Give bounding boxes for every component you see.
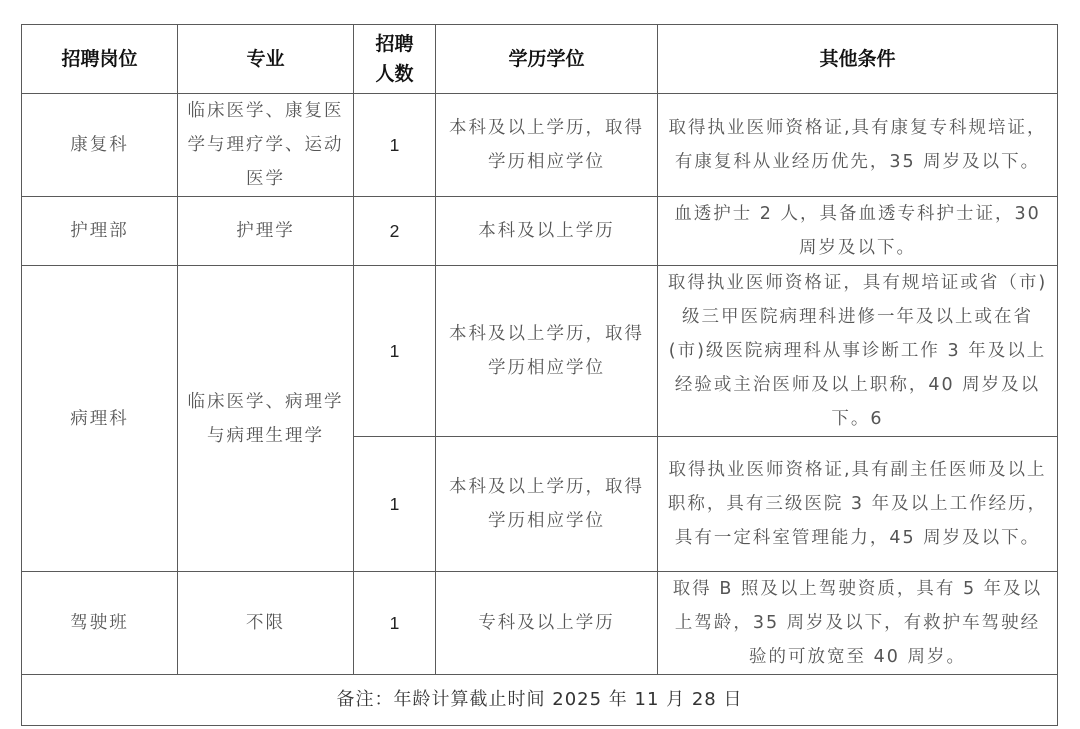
cell-major: 临床医学、病理学与病理生理学	[178, 266, 354, 572]
cell-conditions: 血透护士 2 人，具备血透专科护士证，30 周岁及以下。	[658, 197, 1058, 266]
cell-position: 驾驶班	[22, 572, 178, 675]
cell-count: 1	[354, 94, 436, 197]
cell-count: 1	[354, 437, 436, 572]
cell-major: 护理学	[178, 197, 354, 266]
table-row: 护理部 护理学 2 本科及以上学历 血透护士 2 人，具备血透专科护士证，30 …	[22, 197, 1058, 266]
header-count-line2: 人数	[375, 63, 413, 85]
header-count: 招聘人数	[354, 25, 436, 94]
cell-position: 病理科	[22, 266, 178, 572]
cell-position: 康复科	[22, 94, 178, 197]
cell-count: 2	[354, 197, 436, 266]
cell-education: 本科及以上学历，取得学历相应学位	[436, 437, 658, 572]
cell-count: 1	[354, 572, 436, 675]
cell-education: 本科及以上学历，取得学历相应学位	[436, 266, 658, 437]
note-text: 备注：年龄计算截止时间 2025 年 11 月 28 日	[22, 675, 1058, 726]
header-row: 招聘岗位 专业 招聘人数 学历学位 其他条件	[22, 25, 1058, 94]
cell-major: 临床医学、康复医学与理疗学、运动医学	[178, 94, 354, 197]
table-row: 驾驶班 不限 1 专科及以上学历 取得 B 照及以上驾驶资质，具有 5 年及以上…	[22, 572, 1058, 675]
cell-education: 专科及以上学历	[436, 572, 658, 675]
table-row: 病理科 临床医学、病理学与病理生理学 1 本科及以上学历，取得学历相应学位 取得…	[22, 266, 1058, 437]
recruitment-table: 招聘岗位 专业 招聘人数 学历学位 其他条件 康复科 临床医学、康复医学与理疗学…	[21, 24, 1058, 726]
cell-conditions: 取得执业医师资格证，具有规培证或省（市)级三甲医院病理科进修一年及以上或在省(市…	[658, 266, 1058, 437]
header-count-line1: 招聘	[375, 33, 413, 55]
cell-position: 护理部	[22, 197, 178, 266]
table-row: 康复科 临床医学、康复医学与理疗学、运动医学 1 本科及以上学历，取得学历相应学…	[22, 94, 1058, 197]
cell-education: 本科及以上学历	[436, 197, 658, 266]
note-row: 备注：年龄计算截止时间 2025 年 11 月 28 日	[22, 675, 1058, 726]
header-major: 专业	[178, 25, 354, 94]
cell-conditions: 取得 B 照及以上驾驶资质，具有 5 年及以上驾龄，35 周岁及以下，有救护车驾…	[658, 572, 1058, 675]
cell-education: 本科及以上学历，取得学历相应学位	[436, 94, 658, 197]
header-position: 招聘岗位	[22, 25, 178, 94]
cell-conditions: 取得执业医师资格证,具有康复专科规培证，有康复科从业经历优先，35 周岁及以下。	[658, 94, 1058, 197]
cell-count: 1	[354, 266, 436, 437]
cell-major: 不限	[178, 572, 354, 675]
header-education: 学历学位	[436, 25, 658, 94]
header-conditions: 其他条件	[658, 25, 1058, 94]
cell-conditions: 取得执业医师资格证,具有副主任医师及以上职称，具有三级医院 3 年及以上工作经历…	[658, 437, 1058, 572]
